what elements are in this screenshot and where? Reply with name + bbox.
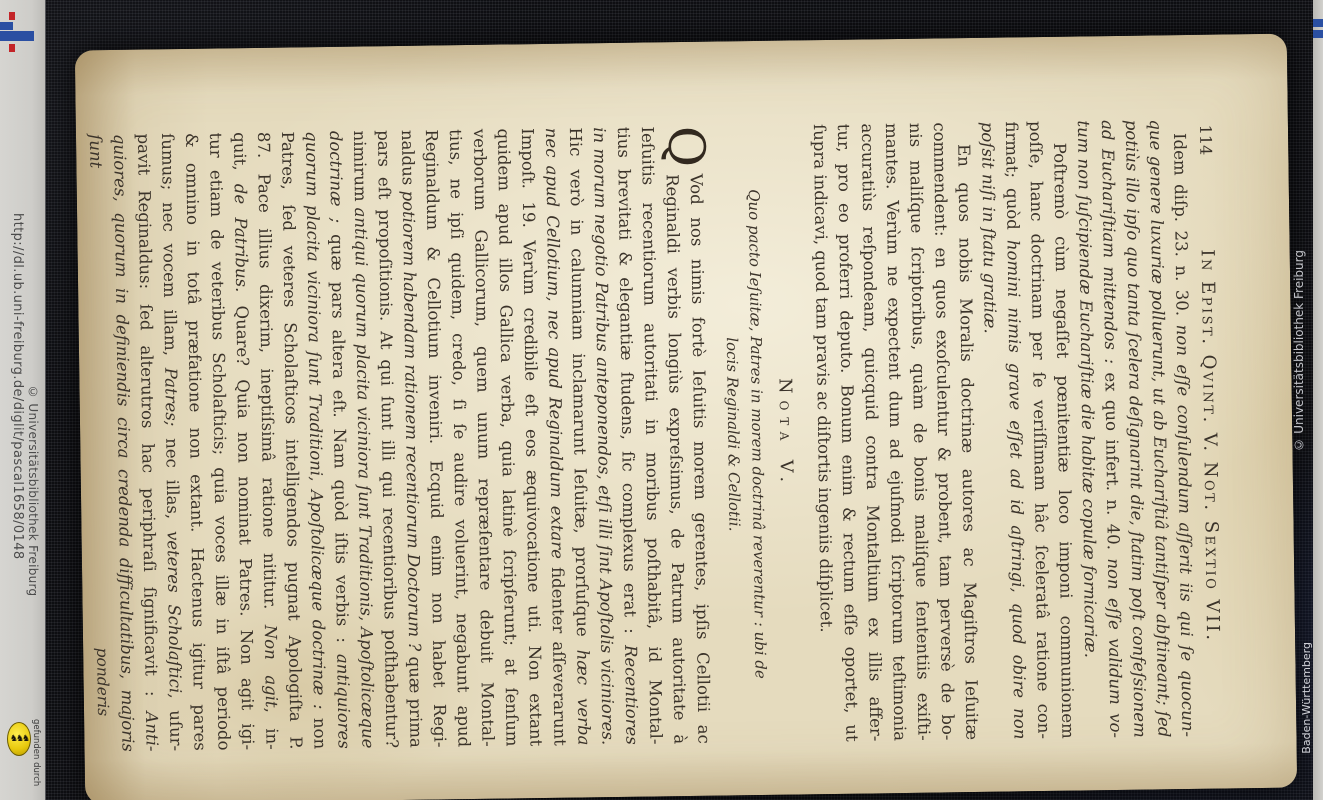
- copyright-label-left: © Universitätsbibliothek Freiburg: [26, 385, 40, 596]
- registration-mark-red-top: [9, 12, 15, 20]
- registration-mark-right-1: [1313, 19, 1323, 27]
- copyright-label-right: © Universitätsbibliothek Freiburg: [1292, 250, 1306, 452]
- page-number: 114: [1193, 125, 1217, 156]
- found-via-label: gefunden durch: [31, 719, 41, 786]
- metadata-strip-right: [1313, 0, 1323, 800]
- source-url-label: http://dl.ub.uni-freiburg.de/diglit/pasc…: [10, 213, 25, 560]
- page-text: 114In Epist. Qvint. V. Not. Sextio VII.I…: [83, 119, 1226, 753]
- registration-mark-right-2: [1313, 30, 1323, 38]
- book-page-scan: 114In Epist. Qvint. V. Not. Sextio VII.I…: [75, 34, 1297, 800]
- scan-viewer: 114In Epist. Qvint. V. Not. Sextio VII.I…: [0, 0, 1323, 800]
- region-label: Baden-Württemberg: [1300, 642, 1313, 754]
- metadata-strip-left: http://dl.ub.uni-freiburg.de/diglit/pasc…: [0, 0, 46, 800]
- library-emblem-icon: ♞♞♞: [7, 722, 31, 756]
- text-line: Nota V.: [769, 124, 802, 742]
- registration-mark-red-bottom: [9, 44, 15, 52]
- registration-mark-blue-long: [0, 31, 34, 41]
- drop-cap: Q: [663, 126, 710, 168]
- registration-mark-blue-short: [0, 22, 13, 30]
